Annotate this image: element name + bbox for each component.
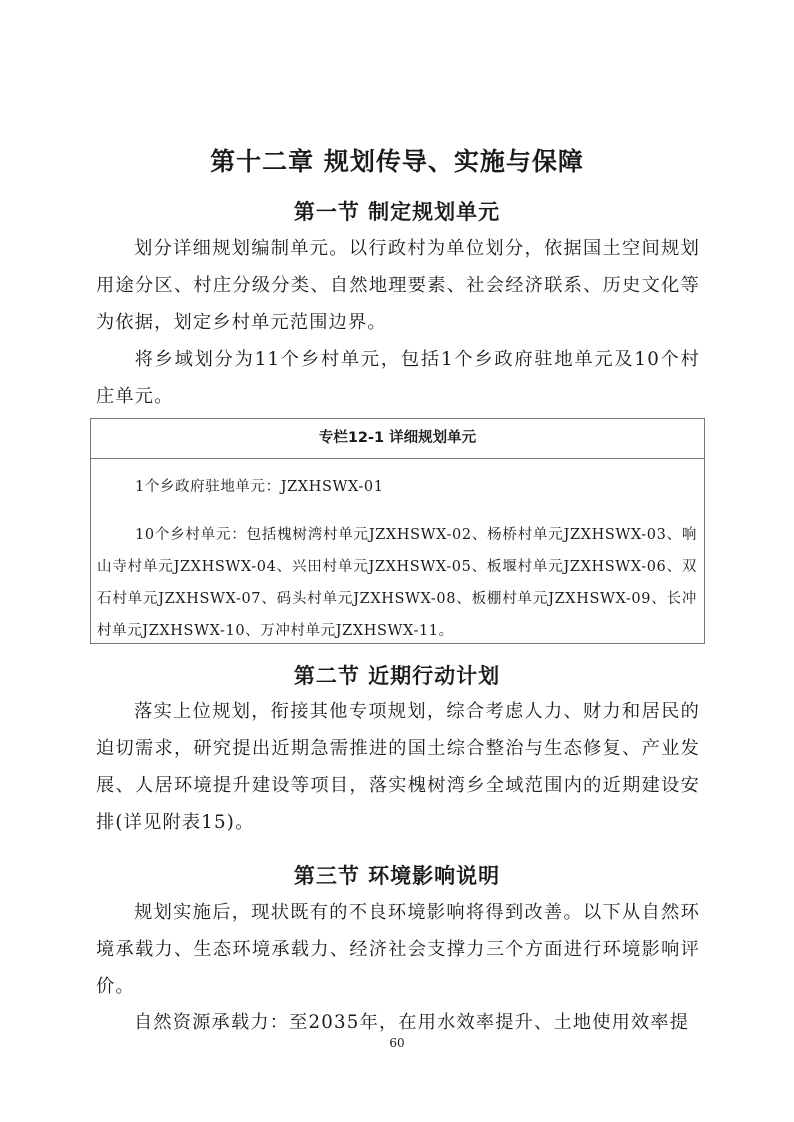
paragraph: 划分详细规划编制单元。以行政村为单位划分，依据国土空间规划用途分区、村庄分级分类… (96, 230, 700, 341)
section-title-2: 第二节 近期行动计划 (0, 660, 794, 690)
section-title-3: 第三节 环境影响说明 (0, 860, 794, 890)
page-number: 60 (0, 1036, 794, 1050)
paragraph: 规划实施后，现状既有的不良环境影响将得到改善。以下从自然环境承载力、生态环境承载… (96, 894, 700, 1005)
paragraph: 落实上位规划，衔接其他专项规划，综合考虑人力、财力和居民的迫切需求，研究提出近期… (96, 693, 700, 841)
chapter-title: 第十二章 规划传导、实施与保障 (0, 142, 794, 178)
paragraph: 将乡域划分为11个乡村单元，包括1个乡政府驻地单元及10个村庄单元。 (96, 341, 700, 415)
info-box-title: 专栏12-1 详细规划单元 (91, 419, 704, 459)
info-box-item: 1个乡政府驻地单元：JZXHSWX-01 (97, 471, 697, 503)
info-box-item: 10个乡村单元：包括槐树湾村单元JZXHSWX-02、杨桥村单元JZXHSWX-… (97, 519, 697, 647)
section-title-1: 第一节 制定规划单元 (0, 196, 794, 226)
info-box: 专栏12-1 详细规划单元 1个乡政府驻地单元：JZXHSWX-01 10个乡村… (90, 418, 705, 644)
